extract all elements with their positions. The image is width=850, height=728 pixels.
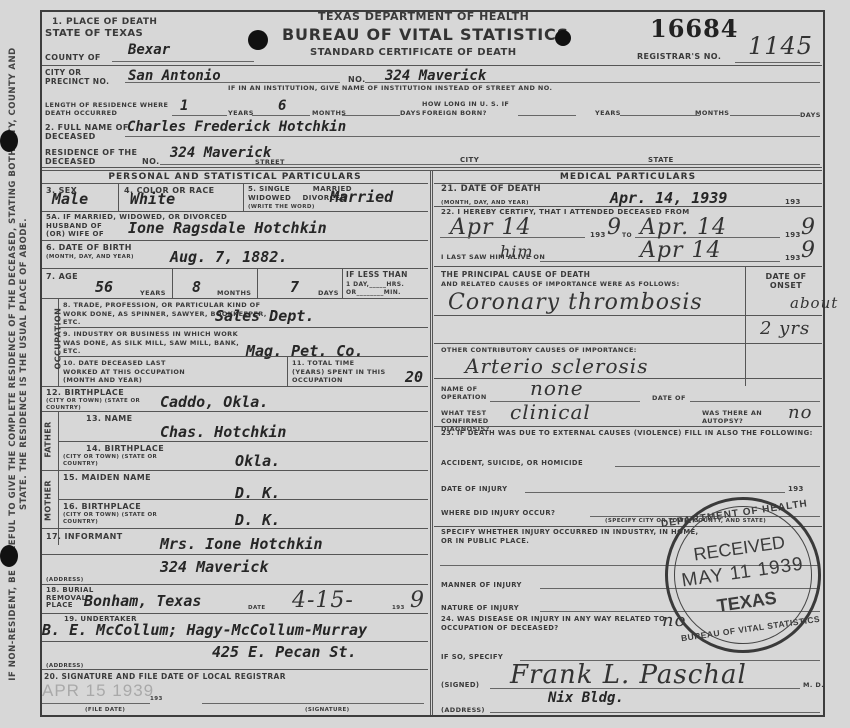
father-birthplace-label: 14. BIRTHPLACE xyxy=(86,444,164,453)
sex-value: Male xyxy=(52,190,88,208)
birthplace-label: 12. BIRTHPLACE xyxy=(46,388,124,397)
spouse-value: Ione Ragsdale Hotchkin xyxy=(128,219,327,237)
informant-address-label: (ADDRESS) xyxy=(46,577,84,584)
physician-address-label: (ADDRESS) xyxy=(441,707,485,714)
ink-blot xyxy=(555,30,571,46)
side-note-line-2: STATE. THE RESIDENCE IS THE USUAL PLACE … xyxy=(19,4,30,724)
state-label: STATE xyxy=(648,157,674,164)
punch-hole xyxy=(0,545,18,567)
county-value: Bexar xyxy=(128,42,170,58)
mother-birthplace-value: D. K. xyxy=(235,511,280,529)
age-months-value: 8 xyxy=(192,278,201,296)
days-label: DAYS xyxy=(400,110,421,117)
cause-value: Coronary thrombosis xyxy=(448,290,703,315)
medical-section-title: MEDICAL PARTICULARS xyxy=(434,172,822,182)
mother-birthplace-sublabel: (CITY OR TOWN) (STATE OR COUNTRY) xyxy=(63,512,163,526)
county-label: COUNTY OF xyxy=(45,53,101,62)
foreign-born-label: HOW LONG IN U. S. IF FOREIGN BORN? xyxy=(422,100,522,118)
physician-signature: Frank L. Paschal xyxy=(510,660,747,690)
injury-date-label: DATE OF INJURY xyxy=(441,486,507,493)
external-causes-label: 23. IF DEATH WAS DUE TO EXTERNAL CAUSES … xyxy=(441,429,816,438)
nature-label: NATURE OF INJURY xyxy=(441,605,519,612)
last-saw-year-digit: 9 xyxy=(801,238,816,263)
onset-value-a: about xyxy=(790,294,838,312)
attended-to-year-prefix: 193 xyxy=(785,232,801,239)
burial-year-digit: 9 xyxy=(410,588,425,613)
registrar-signature-label: 20. SIGNATURE AND FILE DATE OF LOCAL REG… xyxy=(44,672,286,681)
operation-date-label: DATE OF xyxy=(652,395,686,402)
death-street-value: 324 Maverick xyxy=(385,68,486,84)
dob-value: Aug. 7, 1882. xyxy=(170,248,287,266)
father-name-label: 13. NAME xyxy=(86,414,132,423)
spouse-label-3: (OR) WIFE OF xyxy=(46,231,104,238)
certificate-title: STANDARD CERTIFICATE OF DEATH xyxy=(310,48,517,57)
side-note-line-1: IF NON-RESIDENT, BE CAREFUL TO GIVE THE … xyxy=(8,4,19,724)
residence-no-label: NO. xyxy=(142,157,160,166)
dob-sublabel: (MONTH, DAY, AND YEAR) xyxy=(46,254,134,261)
registrar-no-value: 1145 xyxy=(748,32,813,60)
file-year-prefix: 193 xyxy=(150,696,163,703)
residence-months-value: 6 xyxy=(278,98,286,114)
age-days-value: 7 xyxy=(290,278,299,296)
burial-date-label: DATE xyxy=(248,605,266,612)
dod-label: 21. DATE OF DEATH xyxy=(441,185,541,194)
mother-name-label: 15. MAIDEN NAME xyxy=(63,473,151,482)
signed-label: (SIGNED) xyxy=(441,682,479,689)
md-label: M. D. xyxy=(803,682,824,689)
stamp-date: MAY 11 1939 xyxy=(667,552,819,595)
autopsy-value: no xyxy=(788,402,812,423)
total-time-value: 20 xyxy=(405,368,423,386)
residence-years-value: 1 xyxy=(180,98,188,114)
side-instruction-note: IF NON-RESIDENT, BE CAREFUL TO GIVE THE … xyxy=(4,0,34,728)
other-causes-label: OTHER CONTRIBUTORY CAUSES OF IMPORTANCE: xyxy=(441,347,637,354)
father-name-value: Chas. Hotchkin xyxy=(160,423,286,441)
age-years-value: 56 xyxy=(95,278,113,296)
dod-year-prefix: 193 xyxy=(785,199,801,206)
street-no-label: NO. xyxy=(348,75,366,84)
signature-label: (SIGNATURE) xyxy=(305,707,350,714)
physician-address-value: Nix Bldg. xyxy=(548,690,624,706)
father-side-label: FATHER xyxy=(44,415,53,465)
informant-address-value: 324 Maverick xyxy=(160,558,268,576)
years-label: YEARS xyxy=(228,110,254,117)
age-days-label: DAYS xyxy=(318,290,339,297)
occupation-related-label: 24. WAS DISEASE OR INJURY IN ANY WAY REL… xyxy=(441,615,666,632)
manner-label: MANNER OF INJURY xyxy=(441,582,522,589)
city-value: San Antonio xyxy=(128,68,221,84)
dept-title: TEXAS DEPARTMENT OF HEALTH xyxy=(318,12,529,21)
days-label: DAYS xyxy=(800,112,821,119)
industry-label: 9. INDUSTRY OR BUSINESS IN WHICH WORK WA… xyxy=(63,330,258,356)
full-name-value: Charles Frederick Hotchkin xyxy=(127,119,346,135)
injury-where-label: WHERE DID INJURY OCCUR? xyxy=(441,510,555,517)
industry-value: Mag. Pet. Co. xyxy=(246,342,363,360)
attended-from-year-digit: 9 xyxy=(607,215,622,240)
father-birthplace-value: Okla. xyxy=(235,452,280,470)
dod-value: Apr. 14, 1939 xyxy=(610,189,727,207)
last-saw-year-prefix: 193 xyxy=(785,255,801,262)
birthplace-sublabel: (CITY OR TOWN) (STATE OR COUNTRY) xyxy=(46,398,146,412)
mother-side-label: MOTHER xyxy=(44,476,53,526)
onset-value-b: 2 yrs xyxy=(760,318,810,339)
total-time-label: 11. TOTAL TIME (YEARS) SPENT IN THIS OCC… xyxy=(292,359,387,385)
trade-value: Sales Dept. xyxy=(215,307,314,325)
informant-label: 17. INFORMANT xyxy=(46,532,123,541)
age-years-label: YEARS xyxy=(140,290,166,297)
other-causes-value: Arterio sclerosis xyxy=(465,354,648,378)
marital-label-3: (WRITE THE WORD) xyxy=(248,204,315,211)
attended-to-value: Apr. 14 xyxy=(640,215,727,240)
attended-to-year-digit: 9 xyxy=(801,215,816,240)
onset-label: DATE OF ONSET xyxy=(755,272,817,290)
burial-year-prefix: 193 xyxy=(392,605,405,612)
place-of-death-label: 1. PLACE OF DEATH xyxy=(52,18,157,27)
full-name-label: 2. FULL NAME OF DECEASED xyxy=(45,123,140,141)
injury-specify-label: SPECIFY WHETHER INJURY OCCURRED IN INDUS… xyxy=(441,528,701,545)
informant-value: Mrs. Ione Hotchkin xyxy=(160,535,323,553)
city-label: CITY OR PRECINCT NO. xyxy=(45,68,125,86)
less-than-hrs-label: 1 DAY,_____HRS. xyxy=(346,281,404,288)
mother-birthplace-label: 16. BIRTHPLACE xyxy=(63,502,141,511)
last-saw-pronoun: him xyxy=(500,242,534,261)
undertaker-value: B. E. McCollum; Hagy-McCollum-Murray xyxy=(42,621,367,639)
diagnosis-value: clinical xyxy=(510,400,591,424)
last-worked-label: 10. DATE DECEASED LAST WORKED AT THIS OC… xyxy=(63,359,198,385)
marital-value: Married xyxy=(330,188,393,206)
to-label: TO xyxy=(622,232,632,239)
accident-label: ACCIDENT, SUICIDE, OR HOMICIDE xyxy=(441,460,583,467)
occupation-side-label: OCCUPATION xyxy=(54,310,63,370)
bureau-title: BUREAU OF VITAL STATISTICS xyxy=(282,25,569,44)
stamp-received: RECEIVED xyxy=(664,528,815,570)
last-saw-value: Apr 14 xyxy=(640,238,721,263)
father-birthplace-sublabel: (CITY OR TOWN) (STATE OR COUNTRY) xyxy=(63,454,163,468)
less-than-min-label: OR________MIN. xyxy=(346,289,401,296)
birthplace-value: Caddo, Okla. xyxy=(160,393,268,411)
residence-length-label: LENGTH OF RESIDENCE WHERE DEATH OCCURRED xyxy=(45,101,175,117)
if-so-label: IF SO, SPECIFY xyxy=(441,654,503,661)
personal-section-title: PERSONAL AND STATISTICAL PARTICULARS xyxy=(42,172,428,182)
less-than-label: IF LESS THAN xyxy=(346,271,408,278)
age-label: 7. AGE xyxy=(46,272,78,281)
file-date-stamp: APR 15 1939 xyxy=(42,681,154,701)
street-label: STREET xyxy=(255,159,285,166)
months-label: MONTHS xyxy=(695,110,729,117)
years-label: YEARS xyxy=(595,110,621,117)
autopsy-label: WAS THERE AN AUTOPSY? xyxy=(702,409,772,425)
cause-label: THE PRINCIPAL CAUSE OF DEATH xyxy=(441,270,590,279)
ink-blot xyxy=(248,30,268,50)
undertaker-address-value: 425 E. Pecan St. xyxy=(212,643,357,661)
dob-label: 6. DATE OF BIRTH xyxy=(46,243,132,252)
state-of-texas-label: STATE OF TEXAS xyxy=(45,29,143,38)
punch-hole xyxy=(0,130,18,152)
age-months-label: MONTHS xyxy=(217,290,251,297)
injury-year-prefix: 193 xyxy=(788,486,804,493)
registrar-no-label: REGISTRAR'S NO. xyxy=(637,52,721,61)
file-number: 16684 xyxy=(650,14,739,43)
file-date-label: (FILE DATE) xyxy=(85,707,125,714)
race-value: White xyxy=(130,190,175,208)
operation-value: none xyxy=(530,376,584,400)
burial-date-value: 4-15- xyxy=(292,588,354,613)
city-label-2: CITY xyxy=(460,157,479,164)
operation-label: NAME OF OPERATION xyxy=(441,385,501,401)
residence-label: RESIDENCE OF THE DECEASED xyxy=(45,148,155,166)
burial-place-value: Bonham, Texas xyxy=(84,592,201,610)
spouse-label-2: HUSBAND OF xyxy=(46,223,102,230)
institution-note: IF IN AN INSTITUTION, GIVE NAME OF INSTI… xyxy=(228,85,552,92)
cause-sublabel: AND RELATED CAUSES OF IMPORTANCE WERE AS… xyxy=(441,281,680,288)
attended-from-year-prefix: 193 xyxy=(590,232,606,239)
